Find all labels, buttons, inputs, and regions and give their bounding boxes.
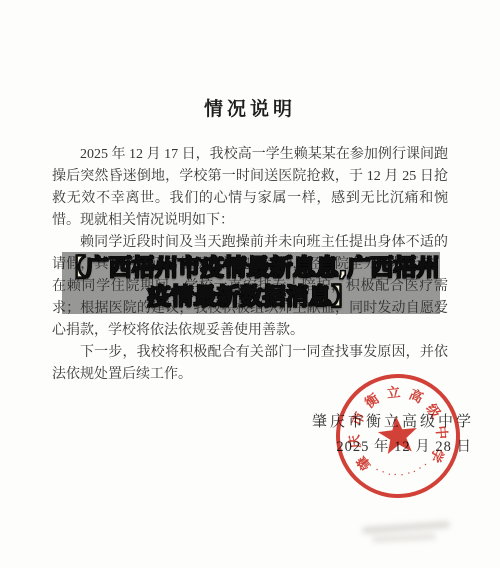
paragraph-1: 2025 年 12 月 17 日，我校高一学生赖某某在参加例行课间跑操后突然昏迷… [52,144,448,232]
faint-watermark [358,520,456,546]
document-photo: 情况说明 2025 年 12 月 17 日，我校高一学生赖某某在参加例行课间跑操… [0,0,500,568]
official-seal: 肇庆市衡立高级中学 ▪▪▪▪▪▪▪▪▪ [330,368,466,504]
watermark-smudge [362,521,450,534]
watermark-smudge [372,533,436,542]
seal-star-icon [373,411,424,462]
doc-title: 情况说明 [0,94,500,121]
spam-overlay: 【广西梧州市疫情最新息息,广西梧州 疫情最新数据消息】 [62,252,440,314]
spam-overlay-line-2: 疫情最新数据消息】 [148,283,355,312]
spam-overlay-line-1: 【广西梧州市疫情最新息息,广西梧州 [63,254,440,283]
